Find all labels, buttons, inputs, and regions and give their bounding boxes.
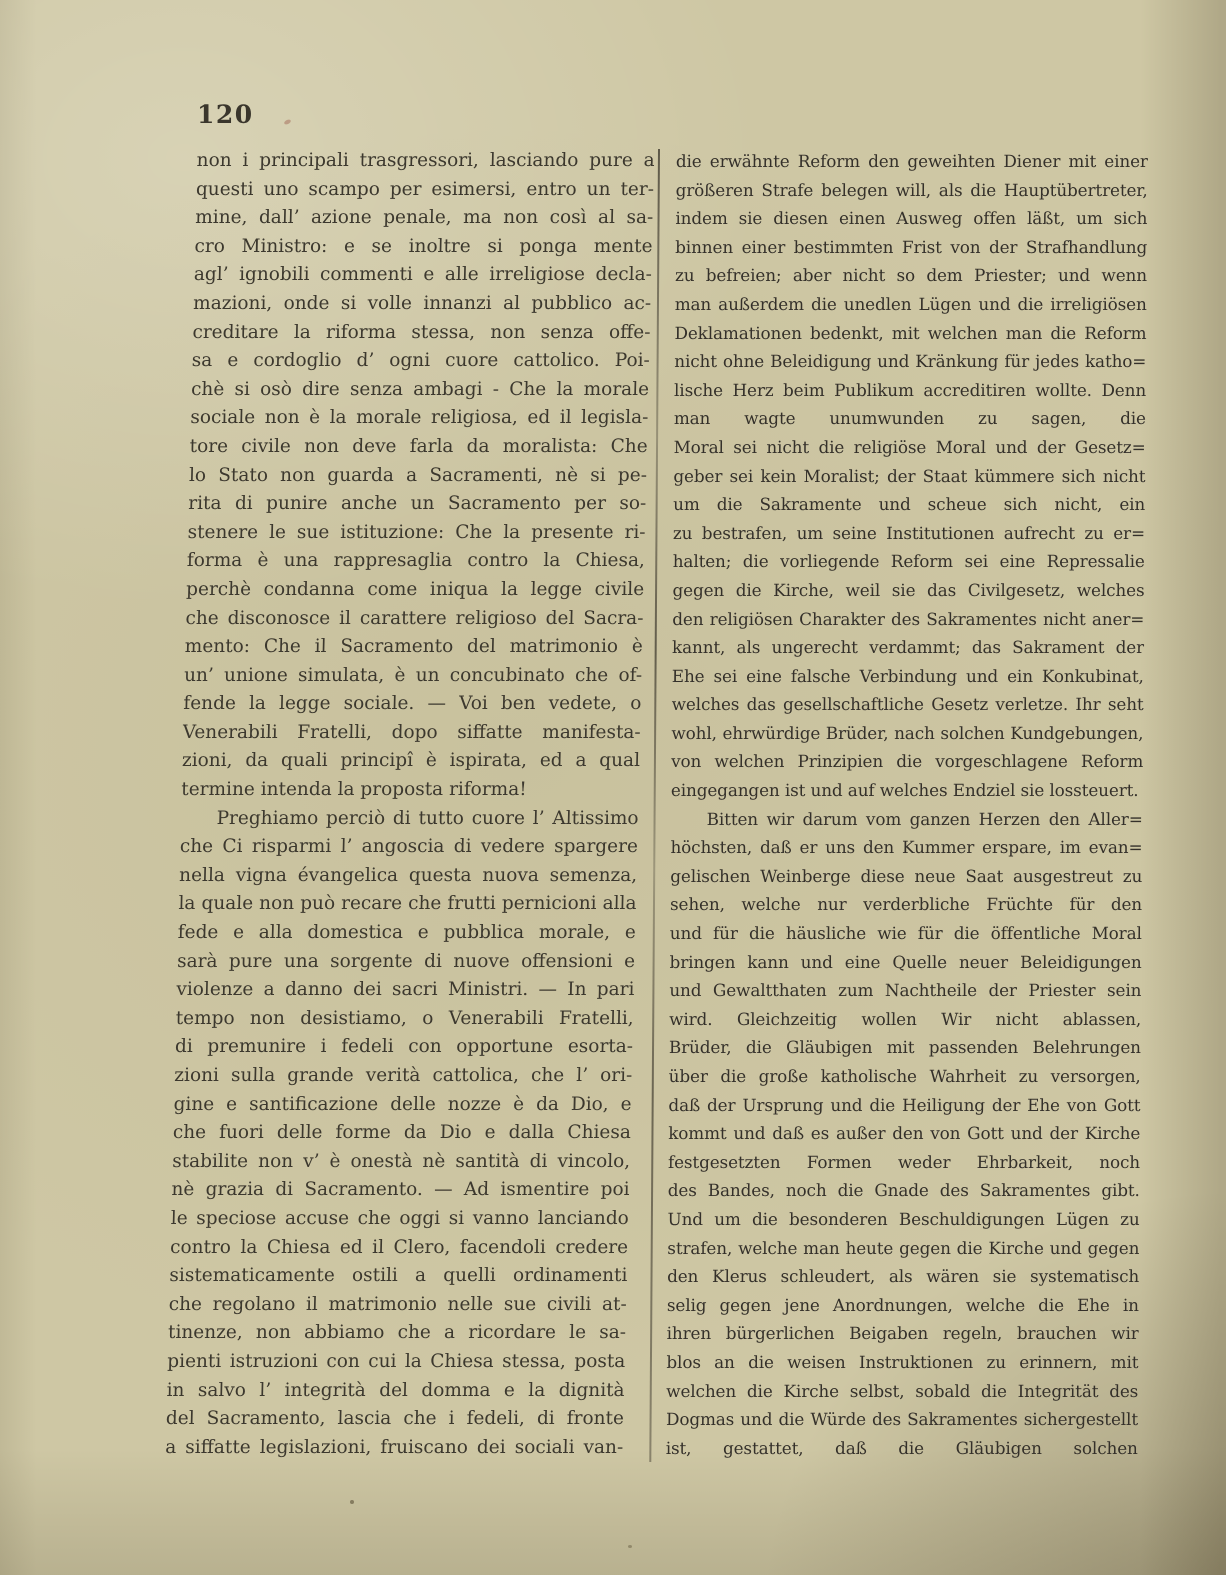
left-column-line: zioni sulla grande verità cattolica, che…: [174, 1062, 633, 1091]
left-column-line: agl’ ignobili commenti e alle irreligios…: [194, 261, 653, 290]
right-column-line: die erwähnte Reform den geweihten Diener…: [676, 147, 1148, 176]
left-column-line: questi uno scampo per esimersi, entro un…: [196, 176, 655, 205]
left-column-line: chè si osò dire senza ambagi - Che la mo…: [191, 376, 650, 405]
page-number: 120: [197, 100, 254, 129]
left-column-line: le speciose accuse che oggi si vanno lan…: [170, 1205, 629, 1234]
left-column-line: che Ci risparmi l’ angoscia di vedere sp…: [180, 833, 639, 862]
left-column-line: lo Stato non guarda a Sacramenti, nè si …: [189, 462, 648, 491]
left-column-line: nella vigna évangelica questa nuova seme…: [179, 862, 638, 891]
right-column-line: welchen die Kirche selbst, sobald die In…: [666, 1377, 1138, 1406]
right-column-line: den Klerus schleudert, als wären sie sys…: [667, 1262, 1139, 1291]
right-column-line: um die Sakramente und scheue sich nicht,…: [673, 490, 1145, 519]
left-column-line: non i principali trasgressori, lasciando…: [196, 147, 655, 176]
right-column-line: man wagte unumwunden zu sagen, die gesel…: [674, 404, 1146, 433]
right-column-line: zu bestrafen, um seine Institutionen auf…: [673, 519, 1145, 548]
right-column-line: den religiösen Charakter des Sakramentes…: [672, 605, 1144, 634]
right-column-line: kannt, als ungerecht verdammt; das Sakra…: [672, 633, 1144, 662]
left-column-line: in salvo l’ integrità del domma e la dig…: [166, 1377, 625, 1406]
right-column-line: man außerdem die unedlen Lügen und die i…: [675, 290, 1147, 319]
right-column-line: daß der Ursprung und die Heiligung der E…: [668, 1091, 1140, 1120]
right-column-line: und Gewaltthaten zum Nachtheile der Prie…: [669, 976, 1141, 1005]
right-column-line: kommt und daß es außer den von Gott und …: [668, 1119, 1140, 1148]
left-column-line: del Sacramento, lascia che i fedeli, di …: [166, 1405, 625, 1434]
left-column-line: pienti istruzioni con cui la Chiesa stes…: [167, 1348, 626, 1377]
right-column-line: halten; die vorliegende Reform sei eine …: [673, 547, 1145, 576]
left-column-line: rita di punire anche un Sacramento per s…: [188, 490, 647, 519]
left-column-line: la quale non può recare che frutti perni…: [178, 890, 637, 919]
right-column-line: Brüder, die Gläubigen mit passenden Bele…: [669, 1033, 1141, 1062]
right-column-line: über die große katholische Wahrheit zu v…: [669, 1062, 1141, 1091]
left-column-line: mazioni, onde si volle innanzi al pubbli…: [193, 290, 652, 319]
left-column-line: nè grazia di Sacramento. — Ad ismentire …: [171, 1176, 630, 1205]
left-column-line: mine, dall’ azione penale, ma non così a…: [195, 204, 654, 233]
left-column-line: tempo non desistiamo, o Venerabili Frate…: [175, 1005, 634, 1034]
right-column-line: gegen die Kirche, weil sie das Civilgese…: [672, 576, 1144, 605]
left-column-italian-text: non i principali trasgressori, lasciando…: [165, 147, 655, 1462]
right-column-line: ist, gestattet, daß die Gläubigen solche…: [666, 1434, 1138, 1463]
right-column-line: blos an die weisen Instruktionen zu erin…: [666, 1348, 1138, 1377]
left-column-line: che fuori delle forme da Dio e dalla Chi…: [173, 1119, 632, 1148]
left-column-line: sociale non è la morale religiosa, ed il…: [190, 404, 649, 433]
right-column-line: eingegangen ist und auf welches Endziel …: [671, 776, 1143, 805]
right-column-german-text: die erwähnte Reform den geweihten Diener…: [666, 147, 1148, 1462]
right-column-line: größeren Strafe belegen will, als die Ha…: [676, 176, 1148, 205]
left-column-line: contro la Chiesa ed il Clero, facendoli …: [170, 1234, 629, 1263]
left-column-line: sistematicamente ostili a quelli ordinam…: [169, 1262, 628, 1291]
ink-speck: [628, 1545, 632, 1548]
left-column-line: stenere le sue istituzione: Che la prese…: [187, 519, 646, 548]
left-column-line: forma è una rappresaglia contro la Chies…: [187, 547, 646, 576]
right-column-line: von welchen Prinzipien die vorgeschlagen…: [671, 747, 1143, 776]
left-column-line: Venerabili Fratelli, dopo siffatte manif…: [182, 719, 641, 748]
right-column-line: wohl, ehrwürdige Brüder, nach solchen Ku…: [671, 719, 1143, 748]
right-column-line: lische Herz beim Publikum accreditiren w…: [674, 376, 1146, 405]
left-column-line: sa e cordoglio d’ ogni cuore cattolico. …: [191, 347, 650, 376]
right-column-line: Bitten wir darum vom ganzen Herzen den A…: [671, 805, 1143, 834]
ink-speck: [350, 1500, 354, 1504]
left-column-line: mento: Che il Sacramento del matrimonio …: [184, 633, 643, 662]
right-column-line: geber sei kein Moralist; der Staat kümme…: [673, 462, 1145, 491]
right-column-line: welches das gesellschaftliche Gesetz ver…: [672, 690, 1144, 719]
right-column-line: selig gegen jene Anordnungen, welche die…: [667, 1291, 1139, 1320]
right-column-line: Und um die besonderen Beschuldigungen Lü…: [667, 1205, 1139, 1234]
right-column-line: binnen einer bestimmten Frist von der St…: [675, 233, 1147, 262]
left-column-line: fende la legge sociale. — Voi ben vedete…: [183, 690, 642, 719]
right-column-line: Ehe sei eine falsche Verbindung und ein …: [672, 662, 1144, 691]
column-divider-rule: [649, 149, 660, 1462]
left-column-line: Preghiamo perciò di tutto cuore l’ Altis…: [180, 805, 639, 834]
left-column-line: violenze a danno dei sacri Ministri. — I…: [176, 976, 635, 1005]
right-column-line: ihren bürgerlichen Beigaben regeln, brau…: [667, 1319, 1139, 1348]
book-page: 120 non i principali trasgressori, lasci…: [0, 0, 1226, 1575]
left-column-line: tore civile non deve farla da moralista:…: [189, 433, 648, 462]
right-column-line: strafen, welche man heute gegen die Kirc…: [667, 1234, 1139, 1263]
left-column-line: creditare la riforma stessa, non senza o…: [192, 319, 651, 348]
right-column-line: Moral sei nicht die religiöse Moral und …: [674, 433, 1146, 462]
ink-speck: [283, 119, 291, 126]
left-column-line: tinenze, non abbiamo che a ricordare le …: [168, 1319, 627, 1348]
left-column-line: zioni, da quali principî è ispirata, ed …: [182, 747, 641, 776]
right-column-line: indem sie diesen einen Ausweg offen läßt…: [675, 204, 1147, 233]
left-column-line: che disconosce il carattere religioso de…: [185, 605, 644, 634]
left-column-line: di premunire i fedeli con opportune esor…: [175, 1033, 634, 1062]
right-column-line: und für die häusliche wie für die öffent…: [670, 919, 1142, 948]
right-column-line: nicht ohne Beleidigung und Kränkung für …: [674, 347, 1146, 376]
right-column-line: sehen, welche nur verderbliche Früchte f…: [670, 890, 1142, 919]
left-column-line: un’ unione simulata, è un concubinato ch…: [184, 662, 643, 691]
left-column-line: sarà pure una sorgente di nuove offensio…: [177, 948, 636, 977]
left-column-line: perchè condanna come iniqua la legge civ…: [186, 576, 645, 605]
right-column-line: zu befreien; aber nicht so dem Priester;…: [675, 261, 1147, 290]
right-column-line: gelischen Weinberge diese neue Saat ausg…: [670, 862, 1142, 891]
right-column-line: Dogmas und die Würde des Sakramentes sic…: [666, 1405, 1138, 1434]
right-column-line: höchsten, daß er uns den Kummer erspare,…: [670, 833, 1142, 862]
left-column-line: termine intenda la proposta riforma!: [181, 776, 640, 805]
right-column-line: festgesetzten Formen weder Ehrbarkeit, n…: [668, 1148, 1140, 1177]
left-column-line: fede e alla domestica e pubblica morale,…: [177, 919, 636, 948]
right-column-line: Deklamationen bedenkt, mit welchen man d…: [674, 319, 1146, 348]
left-column-line: cro Ministro: e se inoltre si ponga ment…: [194, 233, 653, 262]
left-column-line: stabilite non v’ è onestà nè santità di …: [172, 1148, 631, 1177]
left-column-line: gine e santificazione delle nozze è da D…: [173, 1091, 632, 1120]
left-column-line: a siffatte legislazioni, fruiscano dei s…: [165, 1434, 624, 1463]
right-column-line: wird. Gleichzeitig wollen Wir nicht abla…: [669, 1005, 1141, 1034]
right-column-line: bringen kann und eine Quelle neuer Belei…: [669, 948, 1141, 977]
left-column-line: che regolano il matrimonio nelle sue civ…: [168, 1291, 627, 1320]
right-column-line: des Bandes, noch die Gnade des Sakrament…: [668, 1176, 1140, 1205]
